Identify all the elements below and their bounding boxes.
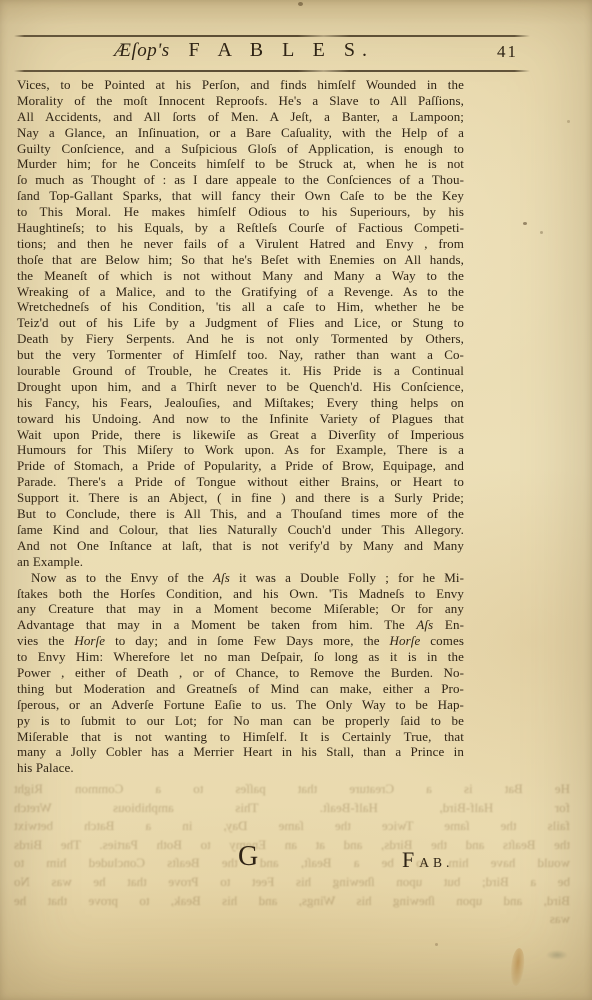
ink-speck bbox=[567, 120, 570, 123]
body-line: Nay a Glance, an Inſinuation, or a Bare … bbox=[17, 125, 464, 141]
body-line: many a Jolly Cobler has a Merrier Heart … bbox=[17, 744, 464, 760]
body-line: Support it. There is an Abject, ( in fin… bbox=[17, 490, 464, 506]
body-line: And not One Inſtance at laſt, that is no… bbox=[17, 538, 464, 554]
body-text: Vices, to be Pointed at his Perſon, and … bbox=[17, 77, 464, 776]
body-line: his Palace. bbox=[17, 760, 464, 776]
body-line: Teiz'd out of his Life by a Judgment of … bbox=[17, 315, 464, 331]
body-line: ſand Top-Gallant Sparks, that will fancy… bbox=[17, 188, 464, 204]
book-page-scan: Æſop's F A B L E S. 41 Vices, to be Poin… bbox=[0, 0, 592, 1000]
body-line: thing but Moderation and Greatneſs of Mi… bbox=[17, 681, 464, 697]
body-line: Parade. There's a Pride of Tongue withou… bbox=[17, 474, 464, 490]
body-line: py is to ſubmit to our Lot; for No man c… bbox=[17, 713, 464, 729]
text-segment: Advantage that may in a Moment be taken … bbox=[17, 617, 416, 632]
body-line: Pride of Stomach, a Pride of Popularity,… bbox=[17, 458, 464, 474]
body-line: Haughtineſs; to his Equals, by a Reſtleſ… bbox=[17, 220, 464, 236]
italic-word: Aſs bbox=[416, 617, 433, 632]
catchword: FAB. bbox=[402, 847, 453, 873]
signature-mark: G bbox=[238, 841, 259, 873]
body-line: Vices, to be Pointed at his Perſon, and … bbox=[17, 77, 464, 93]
text-segment: Now as to the Envy of the bbox=[31, 570, 213, 585]
body-line: Now as to the Envy of the Aſs it was a D… bbox=[17, 570, 464, 586]
ink-speck bbox=[523, 222, 527, 225]
text-segment: to day; and in ſome Few Days more, the bbox=[105, 633, 389, 648]
body-line: lourable Ground of Trouble, he Creates i… bbox=[17, 363, 464, 379]
text-segment: En- bbox=[433, 617, 464, 632]
bleedthrough-line: for Half-Bird, Half-Beaſt. This amphibio… bbox=[14, 799, 570, 818]
body-line: toward his Undoing. And now to the Infin… bbox=[17, 411, 464, 427]
page-number: 41 bbox=[497, 42, 518, 62]
body-line: Drought upon him, and a Thirſt never to … bbox=[17, 379, 464, 395]
body-line: any Creature that may in a Moment become… bbox=[17, 601, 464, 617]
body-line: Advantage that may in a Moment be taken … bbox=[17, 617, 464, 633]
header-title-fables: F A B L E S. bbox=[188, 39, 374, 61]
header-rule-bottom bbox=[14, 70, 530, 72]
body-line: Wretchedneſs of his Condition, 'tis all … bbox=[17, 299, 464, 315]
body-line: vies the Horſe to day; and in ſome Few D… bbox=[17, 633, 464, 649]
body-line: thoſe that are Below him; So that he's B… bbox=[17, 252, 464, 268]
bleedthrough-line: He Bat is a Creature that paſſes to a Co… bbox=[14, 780, 570, 799]
body-line: But to Conclude, there is All This, and … bbox=[17, 506, 464, 522]
italic-word: Horſe bbox=[390, 633, 421, 648]
header-title-aesops: Æſop's bbox=[114, 40, 170, 61]
body-line: Wait upon Pride, there is likewiſe as Gr… bbox=[17, 427, 464, 443]
body-line: to Envy Him: Wherefore let no man Deſpai… bbox=[17, 649, 464, 665]
bleedthrough-line: fails the ſame Twice the ſame Day, in a … bbox=[14, 817, 570, 836]
body-line: Morality of the moſt Innocent Reproofs. … bbox=[17, 93, 464, 109]
body-line: his Fancy, his Fears, Jealouſies, and Mi… bbox=[17, 395, 464, 411]
body-line: All Accidents, and All ſorts of Men. A J… bbox=[17, 109, 464, 125]
text-segment: comes bbox=[420, 633, 464, 648]
bleedthrough-line: Bird, and upon ſhewing his Wings, and hi… bbox=[14, 892, 570, 911]
text-segment: it was a Double Folly ; for he Mi- bbox=[230, 570, 464, 585]
bleedthrough-text: He Bat is a Creature that paſſes to a Co… bbox=[14, 780, 570, 929]
page-header: Æſop's F A B L E S. bbox=[14, 39, 474, 62]
body-line: Wreaking of a Malice, and to the Gratify… bbox=[17, 284, 464, 300]
body-line: but the very Tormenter of Himſelf too. N… bbox=[17, 347, 464, 363]
body-line: to This Moral. He makes himſelf Odious t… bbox=[17, 204, 464, 220]
body-line: Murder him; for he Conceits himſelf to b… bbox=[17, 156, 464, 172]
body-line: ſperous, or an Adverſe Fortune Eaſie to … bbox=[17, 697, 464, 713]
body-line: ſo much as Thought of : as I dare appeal… bbox=[17, 172, 464, 188]
ink-speck bbox=[540, 231, 543, 234]
body-line: an Example. bbox=[17, 554, 464, 570]
header-rule-top bbox=[14, 35, 530, 37]
body-line: Miſerable that is not wanting to Himſelf… bbox=[17, 729, 464, 745]
body-line: tions; and then he never fails of a Viru… bbox=[17, 236, 464, 252]
body-line: Guilty Conſcience, and a Suſpicious Gloſ… bbox=[17, 141, 464, 157]
body-line: Humours for This Miſery to Work upon. As… bbox=[17, 442, 464, 458]
body-line: ſame Kind and Colour, that lies Naturall… bbox=[17, 522, 464, 538]
bleedthrough-line: the Beaſts and the Birds, and at an Enem… bbox=[14, 836, 570, 855]
bleedthrough-line: would have him to be a Beaſt, and the Be… bbox=[14, 854, 570, 873]
body-line: the Meaneſt of which is not without Many… bbox=[17, 268, 464, 284]
pencil-mark bbox=[546, 950, 568, 960]
bleedthrough-line: was bbox=[14, 910, 570, 929]
italic-word: Horſe bbox=[74, 633, 105, 648]
ink-speck bbox=[298, 2, 303, 6]
italic-word: Aſs bbox=[213, 570, 230, 585]
paper-stain bbox=[509, 947, 526, 986]
bleedthrough-line: be a Bird; but upon ſhewing his Feet to … bbox=[14, 873, 570, 892]
body-line: Power , either of Death , or of Chance, … bbox=[17, 665, 464, 681]
body-line: ſtakes both the Horſes Condition, and hi… bbox=[17, 586, 464, 602]
text-segment: vies the bbox=[17, 633, 74, 648]
ink-speck bbox=[435, 943, 438, 946]
body-line: Death by Fiery Serpents. And he is not o… bbox=[17, 331, 464, 347]
